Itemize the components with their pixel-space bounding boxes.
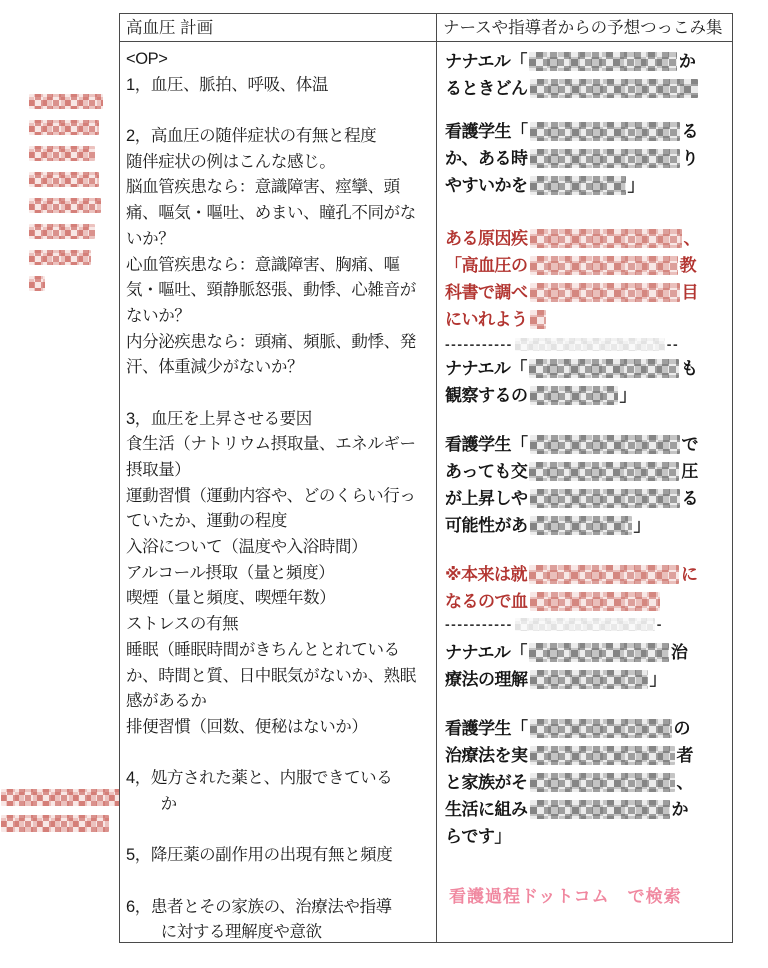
plan-line: 排便習慣（回数、便秘はないか）	[126, 715, 431, 741]
comment-line: 看護学生「る	[445, 118, 726, 145]
comment-block-search: 看護過程ドットコム で検索	[445, 882, 726, 907]
plan-line: ていたか、運動の程度	[126, 509, 431, 535]
redaction-mosaic	[530, 435, 680, 454]
comment-line: らです」	[445, 823, 726, 850]
comment-line: あっても交圧	[445, 458, 726, 485]
margin-note-bottom	[1, 789, 131, 841]
redaction-mosaic	[530, 773, 675, 792]
redaction-mosaic	[530, 229, 682, 248]
plan-line: か、時間と質、日中眠気がないか、熟眠	[126, 664, 431, 690]
comment-block-dialog: ナナエル「かるときどん	[445, 48, 726, 102]
plan-line: 2，高血圧の随伴症状の有無と程度	[126, 124, 431, 150]
plan-line: 汗、体重減少がないか？	[126, 355, 431, 381]
plan-line: 食生活（ナトリウム摂取量、エネルギー	[126, 432, 431, 458]
comment-line: ※本来は就に	[445, 561, 726, 588]
redaction-mosaic	[530, 283, 680, 302]
plan-line: ないか？	[126, 304, 431, 330]
plan-line: 脳血管疾患なら：意識障害、痙攣、頭	[126, 175, 431, 201]
plan-line	[126, 869, 431, 895]
redaction-mosaic	[530, 516, 632, 535]
plan-line: いか？	[126, 227, 431, 253]
redaction-mosaic	[530, 800, 670, 819]
comment-line: なるので血	[445, 588, 726, 615]
comment-line: 観察するの」	[445, 382, 726, 409]
plan-line: に対する理解度や意欲	[126, 920, 431, 946]
plan-line	[126, 741, 431, 767]
redaction-mosaic	[530, 592, 660, 611]
plan-line: 3，血圧を上昇させる要因	[126, 407, 431, 433]
comment-block-red: ある原因疾、「高血圧の教科書で調べ目にいれよう	[445, 225, 726, 333]
plan-header-cell: 高血圧 計画	[120, 14, 437, 41]
redacted-margin-line	[29, 172, 99, 187]
plan-line: 摂取量）	[126, 458, 431, 484]
comment-line: 療法の理解」	[445, 666, 726, 693]
plan-line: <OP>	[126, 47, 431, 73]
dashed-divider: ------------	[445, 615, 726, 633]
redaction-mosaic	[530, 176, 626, 195]
comment-block-dialog: 看護学生「の治療法を実者と家族がそ、生活に組みからです」	[445, 715, 726, 850]
plan-line: アルコール摂取（量と頻度）	[126, 561, 431, 587]
comment-line: ナナエル「も	[445, 355, 726, 382]
redaction-mosaic	[530, 670, 648, 689]
redaction-mosaic	[530, 256, 678, 275]
plan-line: 内分泌疾患なら：頭痛、頻脈、動悸、発	[126, 330, 431, 356]
plan-line	[126, 98, 431, 124]
comment-line: 治療法を実者	[445, 742, 726, 769]
plan-line: 随伴症状の例はこんな感じ。	[126, 150, 431, 176]
plan-line: 運動習慣（運動内容や、どのくらい行っ	[126, 484, 431, 510]
redacted-margin-line	[29, 94, 103, 109]
comment-block-red: ※本来は就になるので血	[445, 561, 726, 615]
comment-line: 生活に組みか	[445, 796, 726, 823]
redacted-margin-line	[1, 789, 123, 806]
margin-note-top	[29, 94, 119, 302]
plan-line	[126, 381, 431, 407]
dashed-divider: -------------	[445, 335, 726, 353]
redaction-mosaic	[529, 462, 679, 481]
redaction-mosaic	[529, 52, 677, 71]
search-promo-text: 看護過程ドットコム で検索	[445, 887, 682, 906]
comment-line: 看護学生「の	[445, 715, 726, 742]
redacted-margin-line	[29, 146, 95, 161]
comment-line: 「高血圧の教	[445, 252, 726, 279]
comment-block-dialog: ナナエル「も観察するの」	[445, 355, 726, 409]
plan-line: 睡眠（睡眠時間がきちんととれている	[126, 638, 431, 664]
redaction-mosaic	[530, 386, 618, 405]
redaction-mosaic	[530, 310, 546, 329]
redaction-mosaic	[530, 79, 698, 98]
redaction-mosaic	[530, 122, 680, 141]
redaction-mosaic	[529, 565, 679, 584]
plan-table: 高血圧 計画 ナースや指導者からの予想つっこみ集 <OP>1，血圧、脈拍、呼吸、…	[119, 13, 733, 943]
plan-line: 1，血圧、脈拍、呼吸、体温	[126, 73, 431, 99]
plan-line: 心血管疾患なら：意識障害、胸痛、嘔	[126, 253, 431, 279]
redacted-margin-line	[1, 815, 109, 832]
plan-line: 6，患者とその家族の、治療法や指導	[126, 895, 431, 921]
redaction-mosaic	[530, 149, 680, 168]
comment-line: 科書で調べ目	[445, 279, 726, 306]
redaction-mosaic	[515, 338, 665, 351]
comment-line: 看護学生「で	[445, 431, 726, 458]
table-header-row: 高血圧 計画 ナースや指導者からの予想つっこみ集	[120, 14, 732, 42]
comment-line: ナナエル「か	[445, 48, 726, 75]
redaction-mosaic	[530, 746, 675, 765]
comment-line: やすいかを」	[445, 172, 726, 199]
redaction-mosaic	[530, 489, 680, 508]
plan-line: 気・嘔吐、頸静脈怒張、動悸、心雑音が	[126, 278, 431, 304]
plan-line	[126, 818, 431, 844]
comment-line: か、ある時り	[445, 145, 726, 172]
comment-line: が上昇しやる	[445, 485, 726, 512]
comment-line: 可能性があ」	[445, 512, 726, 539]
comment-block-divider: ------------	[445, 615, 726, 633]
comment-line: と家族がそ、	[445, 769, 726, 796]
page: { "colors":{"red_text":"#b23430","pink_t…	[0, 0, 768, 968]
table-body-row: <OP>1，血圧、脈拍、呼吸、体温 2，高血圧の随伴症状の有無と程度随伴症状の例…	[120, 42, 732, 942]
redacted-margin-line	[29, 250, 91, 265]
plan-line: 4，処方された薬と、内服できている	[126, 766, 431, 792]
plan-line: 5，降圧薬の副作用の出現有無と頻度	[126, 843, 431, 869]
redacted-margin-line	[29, 198, 101, 213]
plan-cell: <OP>1，血圧、脈拍、呼吸、体温 2，高血圧の随伴症状の有無と程度随伴症状の例…	[120, 42, 437, 942]
redaction-mosaic	[530, 719, 672, 738]
redacted-margin-line	[29, 276, 45, 291]
redacted-margin-line	[29, 224, 95, 239]
comment-block-dialog: 看護学生「るか、ある時りやすいかを」	[445, 118, 726, 199]
redaction-mosaic	[529, 359, 679, 378]
redacted-margin-line	[29, 120, 99, 135]
redaction-mosaic	[515, 618, 655, 631]
comment-block-dialog: 看護学生「であっても交圧が上昇しやる可能性があ」	[445, 431, 726, 539]
comments-cell: ナナエル「かるときどん看護学生「るか、ある時りやすいかを」ある原因疾、「高血圧の…	[437, 42, 732, 942]
comment-line: にいれよう	[445, 306, 726, 333]
plan-line: 入浴について（温度や入浴時間）	[126, 535, 431, 561]
comment-block-divider: -------------	[445, 335, 726, 353]
comment-line: るときどん	[445, 75, 726, 102]
comment-line: ある原因疾、	[445, 225, 726, 252]
plan-line: 感があるか	[126, 689, 431, 715]
comment-line: ナナエル「治	[445, 639, 726, 666]
redaction-mosaic	[529, 643, 669, 662]
plan-line: ストレスの有無	[126, 612, 431, 638]
comments-header-cell: ナースや指導者からの予想つっこみ集	[437, 14, 732, 41]
plan-line: 痛、嘔気・嘔吐、めまい、瞳孔不同がな	[126, 201, 431, 227]
plan-line: 喫煙（量と頻度、喫煙年数）	[126, 586, 431, 612]
plan-line: か	[126, 792, 431, 818]
comment-block-dialog: ナナエル「治療法の理解」	[445, 639, 726, 693]
